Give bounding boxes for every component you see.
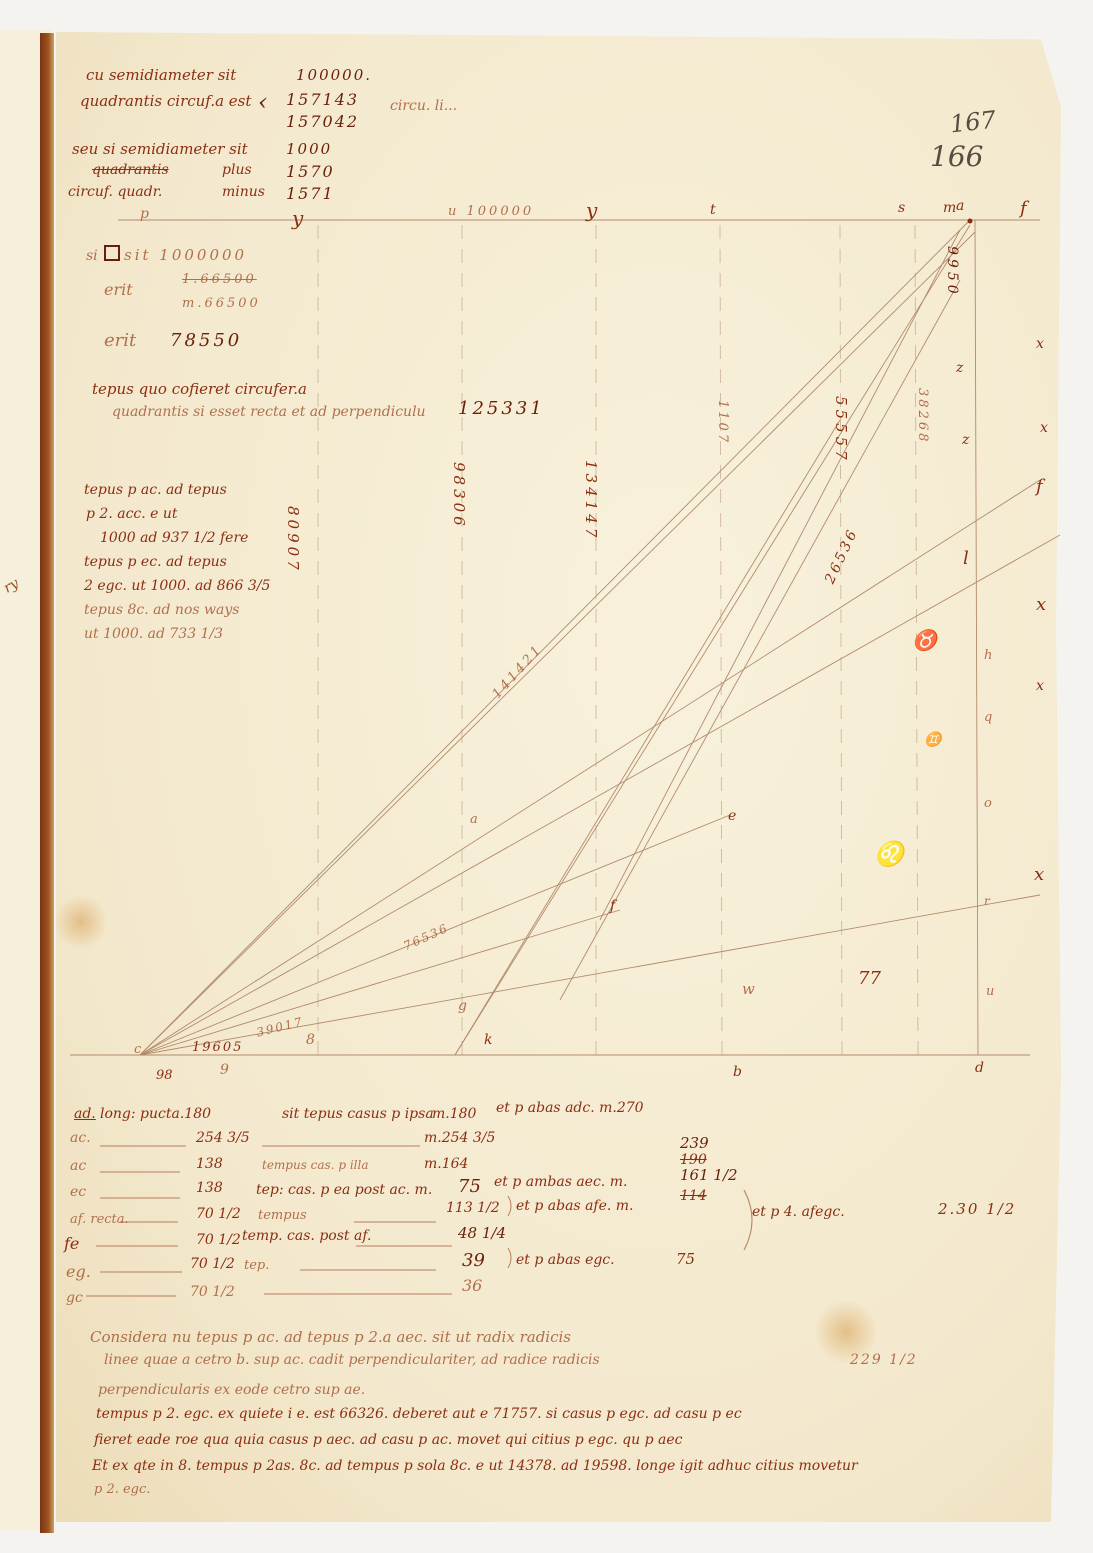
paragraph-line: Considera nu tepus p ac. ad tepus p 2.a … xyxy=(90,1328,571,1346)
paragraph-line: p 2. egc. xyxy=(94,1482,150,1497)
brace-total-text: et p 4. afegc. xyxy=(752,1204,845,1220)
margin-value: 229 1/2 xyxy=(850,1352,918,1368)
brace-total-value: 2.30 1/2 xyxy=(938,1200,1016,1218)
paragraph-line: tempus p 2. egc. ex quiete i e. est 6632… xyxy=(96,1406,742,1422)
paragraph-line: linee quae a cetro b. sup ac. cadit perp… xyxy=(104,1352,600,1368)
paragraph-line: fieret eade roe qua quia casus p aec. ad… xyxy=(94,1432,682,1448)
paragraph-line: perpendicularis ex eode cetro sup ae. xyxy=(98,1382,365,1398)
table-leader-lines xyxy=(0,0,1093,1553)
paragraph-line: Et ex qte in 8. tempus p 2as. 8c. ad tem… xyxy=(92,1458,858,1474)
